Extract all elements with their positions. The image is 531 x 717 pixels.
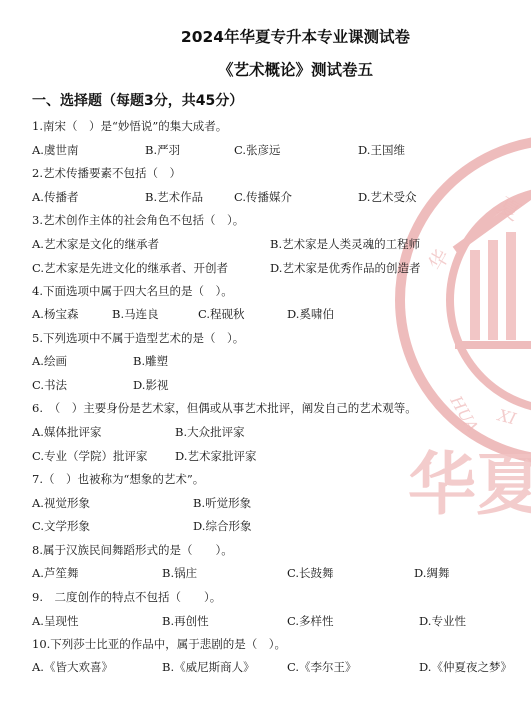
question-2-option-a: A.传播者 <box>32 190 78 204</box>
question-4-option-d: D.奚啸伯 <box>287 307 334 321</box>
question-9-option-a: A.呈现性 <box>32 614 78 628</box>
question-9-option-c: C.多样性 <box>287 614 334 628</box>
question-2-option-b: B.艺术作品 <box>145 190 203 204</box>
question-5-option-b: B.雕塑 <box>133 354 168 368</box>
question-7-option-b: B.听觉形象 <box>193 496 251 510</box>
svg-text:华夏: 华夏 <box>408 446 531 525</box>
question-8: 8.属于汉族民间舞蹈形式的是（ ）。 <box>32 543 233 557</box>
question-6-option-c: C.专业（学院）批评家 <box>32 449 148 463</box>
question-10-option-a: A.《皆大欢喜》 <box>32 660 113 674</box>
svg-text:HUA: HUA <box>446 392 482 436</box>
question-7-option-d: D.综合形象 <box>193 519 251 533</box>
question-3-option-d: D.艺术家是优秀作品的创造者 <box>270 261 420 275</box>
document-title: 2024年华夏专升本专业课测试卷 <box>0 25 531 47</box>
svg-text:XI: XI <box>494 405 519 429</box>
question-7-option-a: A.视觉形象 <box>32 496 90 510</box>
question-6-option-a: A.媒体批评家 <box>32 425 101 439</box>
question-4: 4.下面选项中属于四大名旦的是（ ）。 <box>32 284 233 298</box>
question-1-option-c: C.张彦远 <box>234 143 281 157</box>
svg-text:夏: 夏 <box>493 194 525 227</box>
question-1-option-d: D.王国维 <box>358 143 405 157</box>
question-8-option-b: B.锅庄 <box>162 566 197 580</box>
question-2-option-d: D.艺术受众 <box>358 190 416 204</box>
question-7-option-c: C.文学形象 <box>32 519 90 533</box>
question-9: 9. 二度创作的特点不包括（ ）。 <box>32 590 221 604</box>
question-5: 5.下列选项中不属于造型艺术的是（ ）。 <box>32 331 244 345</box>
question-9-option-b: B.再创性 <box>162 614 209 628</box>
question-5-option-a: A.绘画 <box>32 354 67 368</box>
question-6-option-d: D.艺术家批评家 <box>175 449 256 463</box>
section-heading: 一、选择题（每题3分，共45分） <box>32 90 243 110</box>
question-10-option-b: B.《威尼斯商人》 <box>162 660 255 674</box>
question-1-option-a: A.虞世南 <box>32 143 78 157</box>
question-1: 1.南宋（ ）是“妙悟说”的集大成者。 <box>32 119 227 133</box>
question-4-option-c: C.程砚秋 <box>198 307 245 321</box>
question-2: 2.艺术传播要素不包括（ ） <box>32 166 181 180</box>
question-6-option-b: B.大众批评家 <box>175 425 245 439</box>
question-3-option-c: C.艺术家是先进文化的继承者、开创者 <box>32 261 228 275</box>
document-subtitle: 《艺术概论》测试卷五 <box>0 58 531 80</box>
question-5-option-c: C.书法 <box>32 378 67 392</box>
question-3-option-b: B.艺术家是人类灵魂的工程师 <box>270 237 420 251</box>
question-3: 3.艺术创作主体的社会角色不包括（ ）。 <box>32 213 244 227</box>
svg-text:华: 华 <box>424 245 455 274</box>
question-9-option-d: D.专业性 <box>419 614 466 628</box>
question-4-option-a: A.杨宝森 <box>32 307 78 321</box>
question-8-option-d: D.绸舞 <box>414 566 449 580</box>
question-2-option-c: C.传播媒介 <box>234 190 292 204</box>
question-8-option-a: A.芦笙舞 <box>32 566 78 580</box>
question-6: 6. （ ）主要身份是艺术家，但偶或从事艺术批评，阐发自己的艺术观等。 <box>32 401 417 415</box>
document-page: 夏 华 HUA XI 华夏 2024年华夏专升本专业课测试卷 《艺术概论》测试卷… <box>0 0 531 717</box>
question-8-option-c: C.长鼓舞 <box>287 566 334 580</box>
question-1-option-b: B.严羽 <box>145 143 180 157</box>
question-10: 10.下列莎士比亚的作品中，属于悲剧的是（ ）。 <box>32 637 286 651</box>
question-10-option-d: D.《仲夏夜之梦》 <box>419 660 512 674</box>
question-4-option-b: B.马连良 <box>112 307 159 321</box>
question-10-option-c: C.《李尔王》 <box>287 660 357 674</box>
question-5-option-d: D.影视 <box>133 378 168 392</box>
question-3-option-a: A.艺术家是文化的继承者 <box>32 237 159 251</box>
question-7: 7.（ ）也被称为“想象的艺术”。 <box>32 472 204 486</box>
